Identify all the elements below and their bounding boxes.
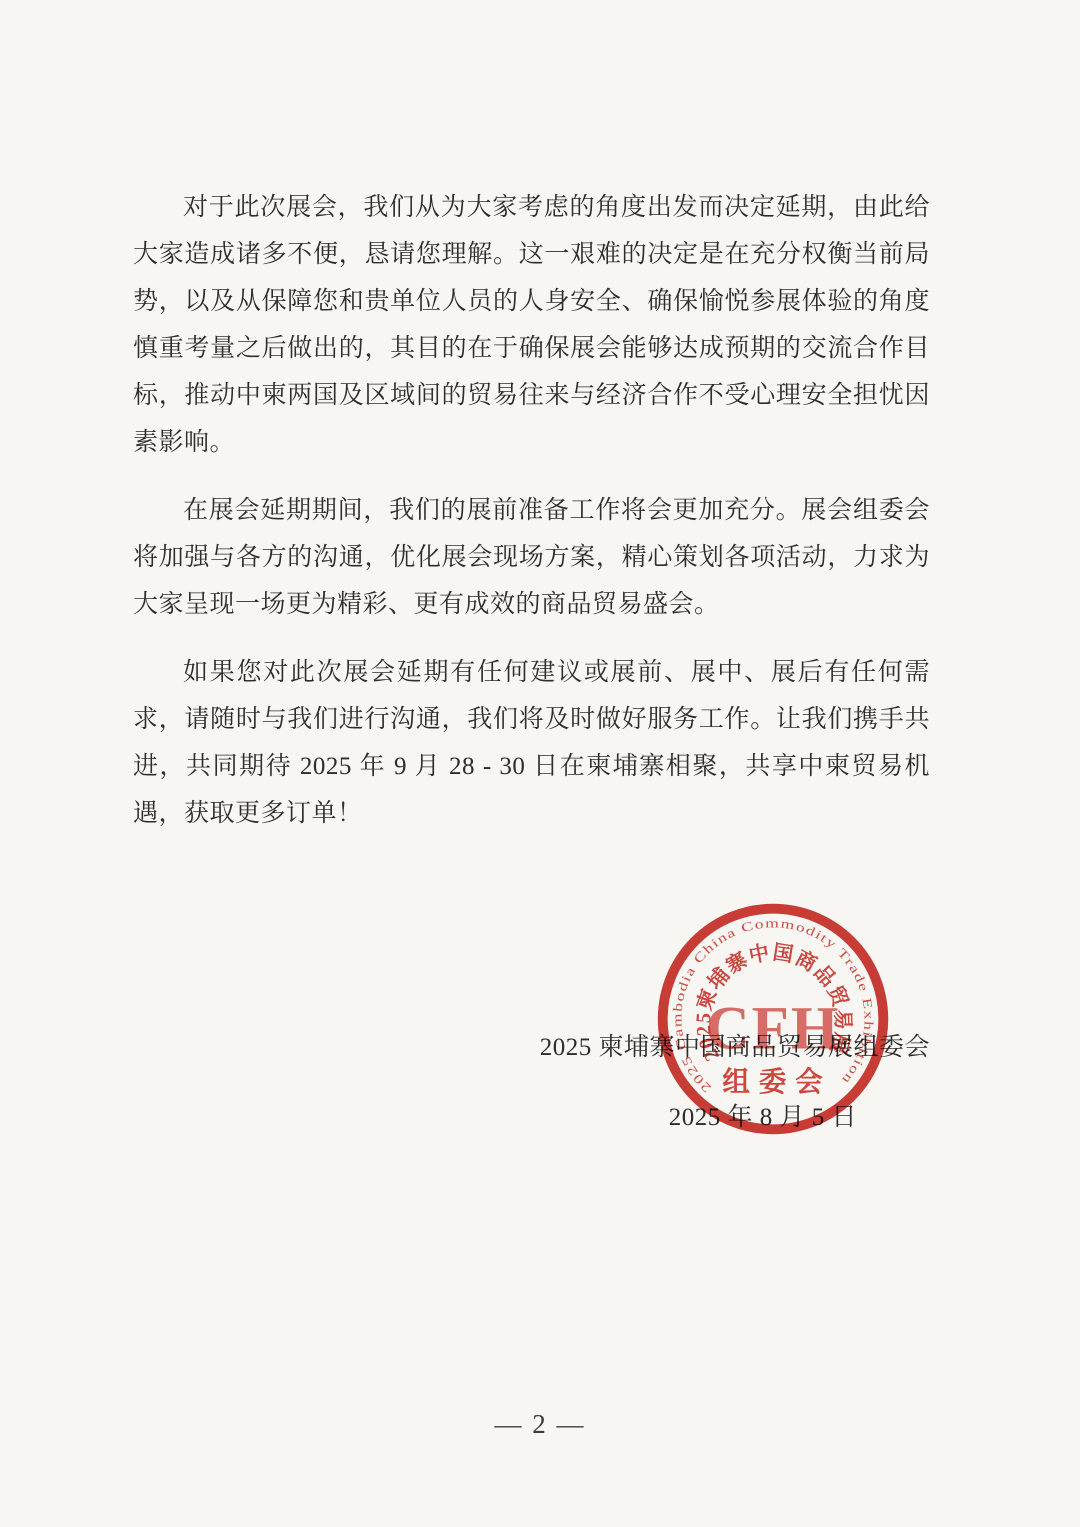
stamp-bottom-text: 组委会: [722, 1066, 831, 1097]
paragraph-postponement-decision: 对于此次展会，我们从为大家考虑的角度出发而决定延期，由此给大家造成诸多不便，恳请…: [133, 184, 930, 466]
official-seal-stamp: 2025 Cambodia China Commodity Trade Exhi…: [645, 891, 901, 1147]
stamp-center-monogram: CFH: [706, 996, 841, 1063]
page-number: — 2 —: [0, 1404, 1080, 1444]
letter-page: 对于此次展会，我们从为大家考虑的角度出发而决定延期，由此给大家造成诸多不便，恳请…: [0, 0, 1080, 1527]
paragraph-invitation: 如果您对此次展会延期有任何建议或展前、展中、展后有任何需求，请随时与我们进行沟通…: [133, 649, 930, 837]
paragraph-preparation: 在展会延期期间，我们的展前准备工作将会更加充分。展会组委会将加强与各方的沟通，优…: [133, 487, 930, 628]
